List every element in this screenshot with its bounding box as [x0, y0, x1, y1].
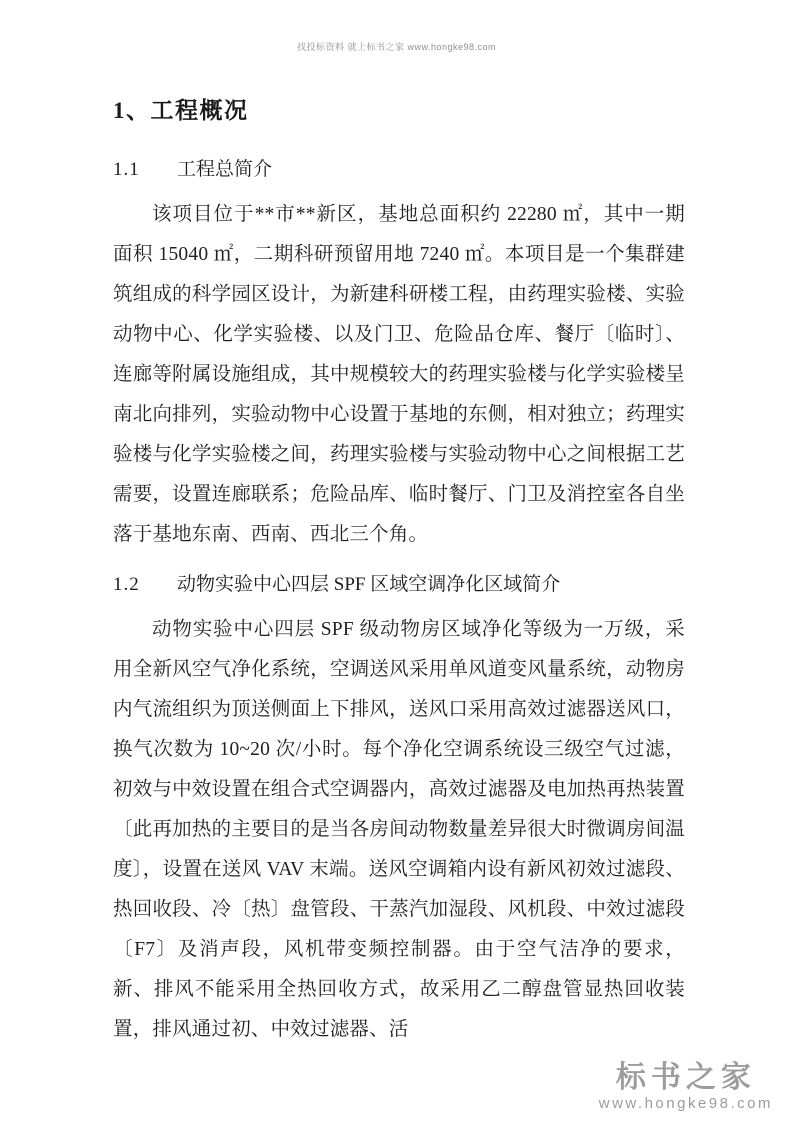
- section-number: 1.1: [113, 156, 177, 184]
- watermark-logo: 标书之家: [599, 1062, 773, 1094]
- footer-watermark: 标书之家 www.hongke98.com: [599, 1062, 773, 1114]
- section-heading-1-1: 1.1工程总简介: [113, 156, 685, 184]
- section-number: 1.2: [113, 571, 177, 599]
- document-content: 1、工程概况 1.1工程总简介 该项目位于**市**新区，基地总面积约 2228…: [113, 0, 685, 1050]
- section-heading-1-2: 1.2动物实验中心四层 SPF 区域空调净化区域简介: [113, 571, 685, 599]
- section-title: 工程总简介: [177, 159, 272, 180]
- page-title: 1、工程概况: [113, 96, 685, 126]
- document-page: 找投标资料 就上标书之家 www.hongke98.com 1、工程概况 1.1…: [0, 0, 793, 1122]
- section-title: 动物实验中心四层 SPF 区域空调净化区域简介: [177, 574, 560, 595]
- watermark-url: www.hongke98.com: [599, 1094, 773, 1114]
- paragraph: 动物实验中心四层 SPF 级动物房区域净化等级为一万级，采用全新风空气净化系统，…: [113, 610, 685, 1050]
- paragraph: 该项目位于**市**新区，基地总面积约 22280 ㎡，其中一期面积 15040…: [113, 195, 685, 555]
